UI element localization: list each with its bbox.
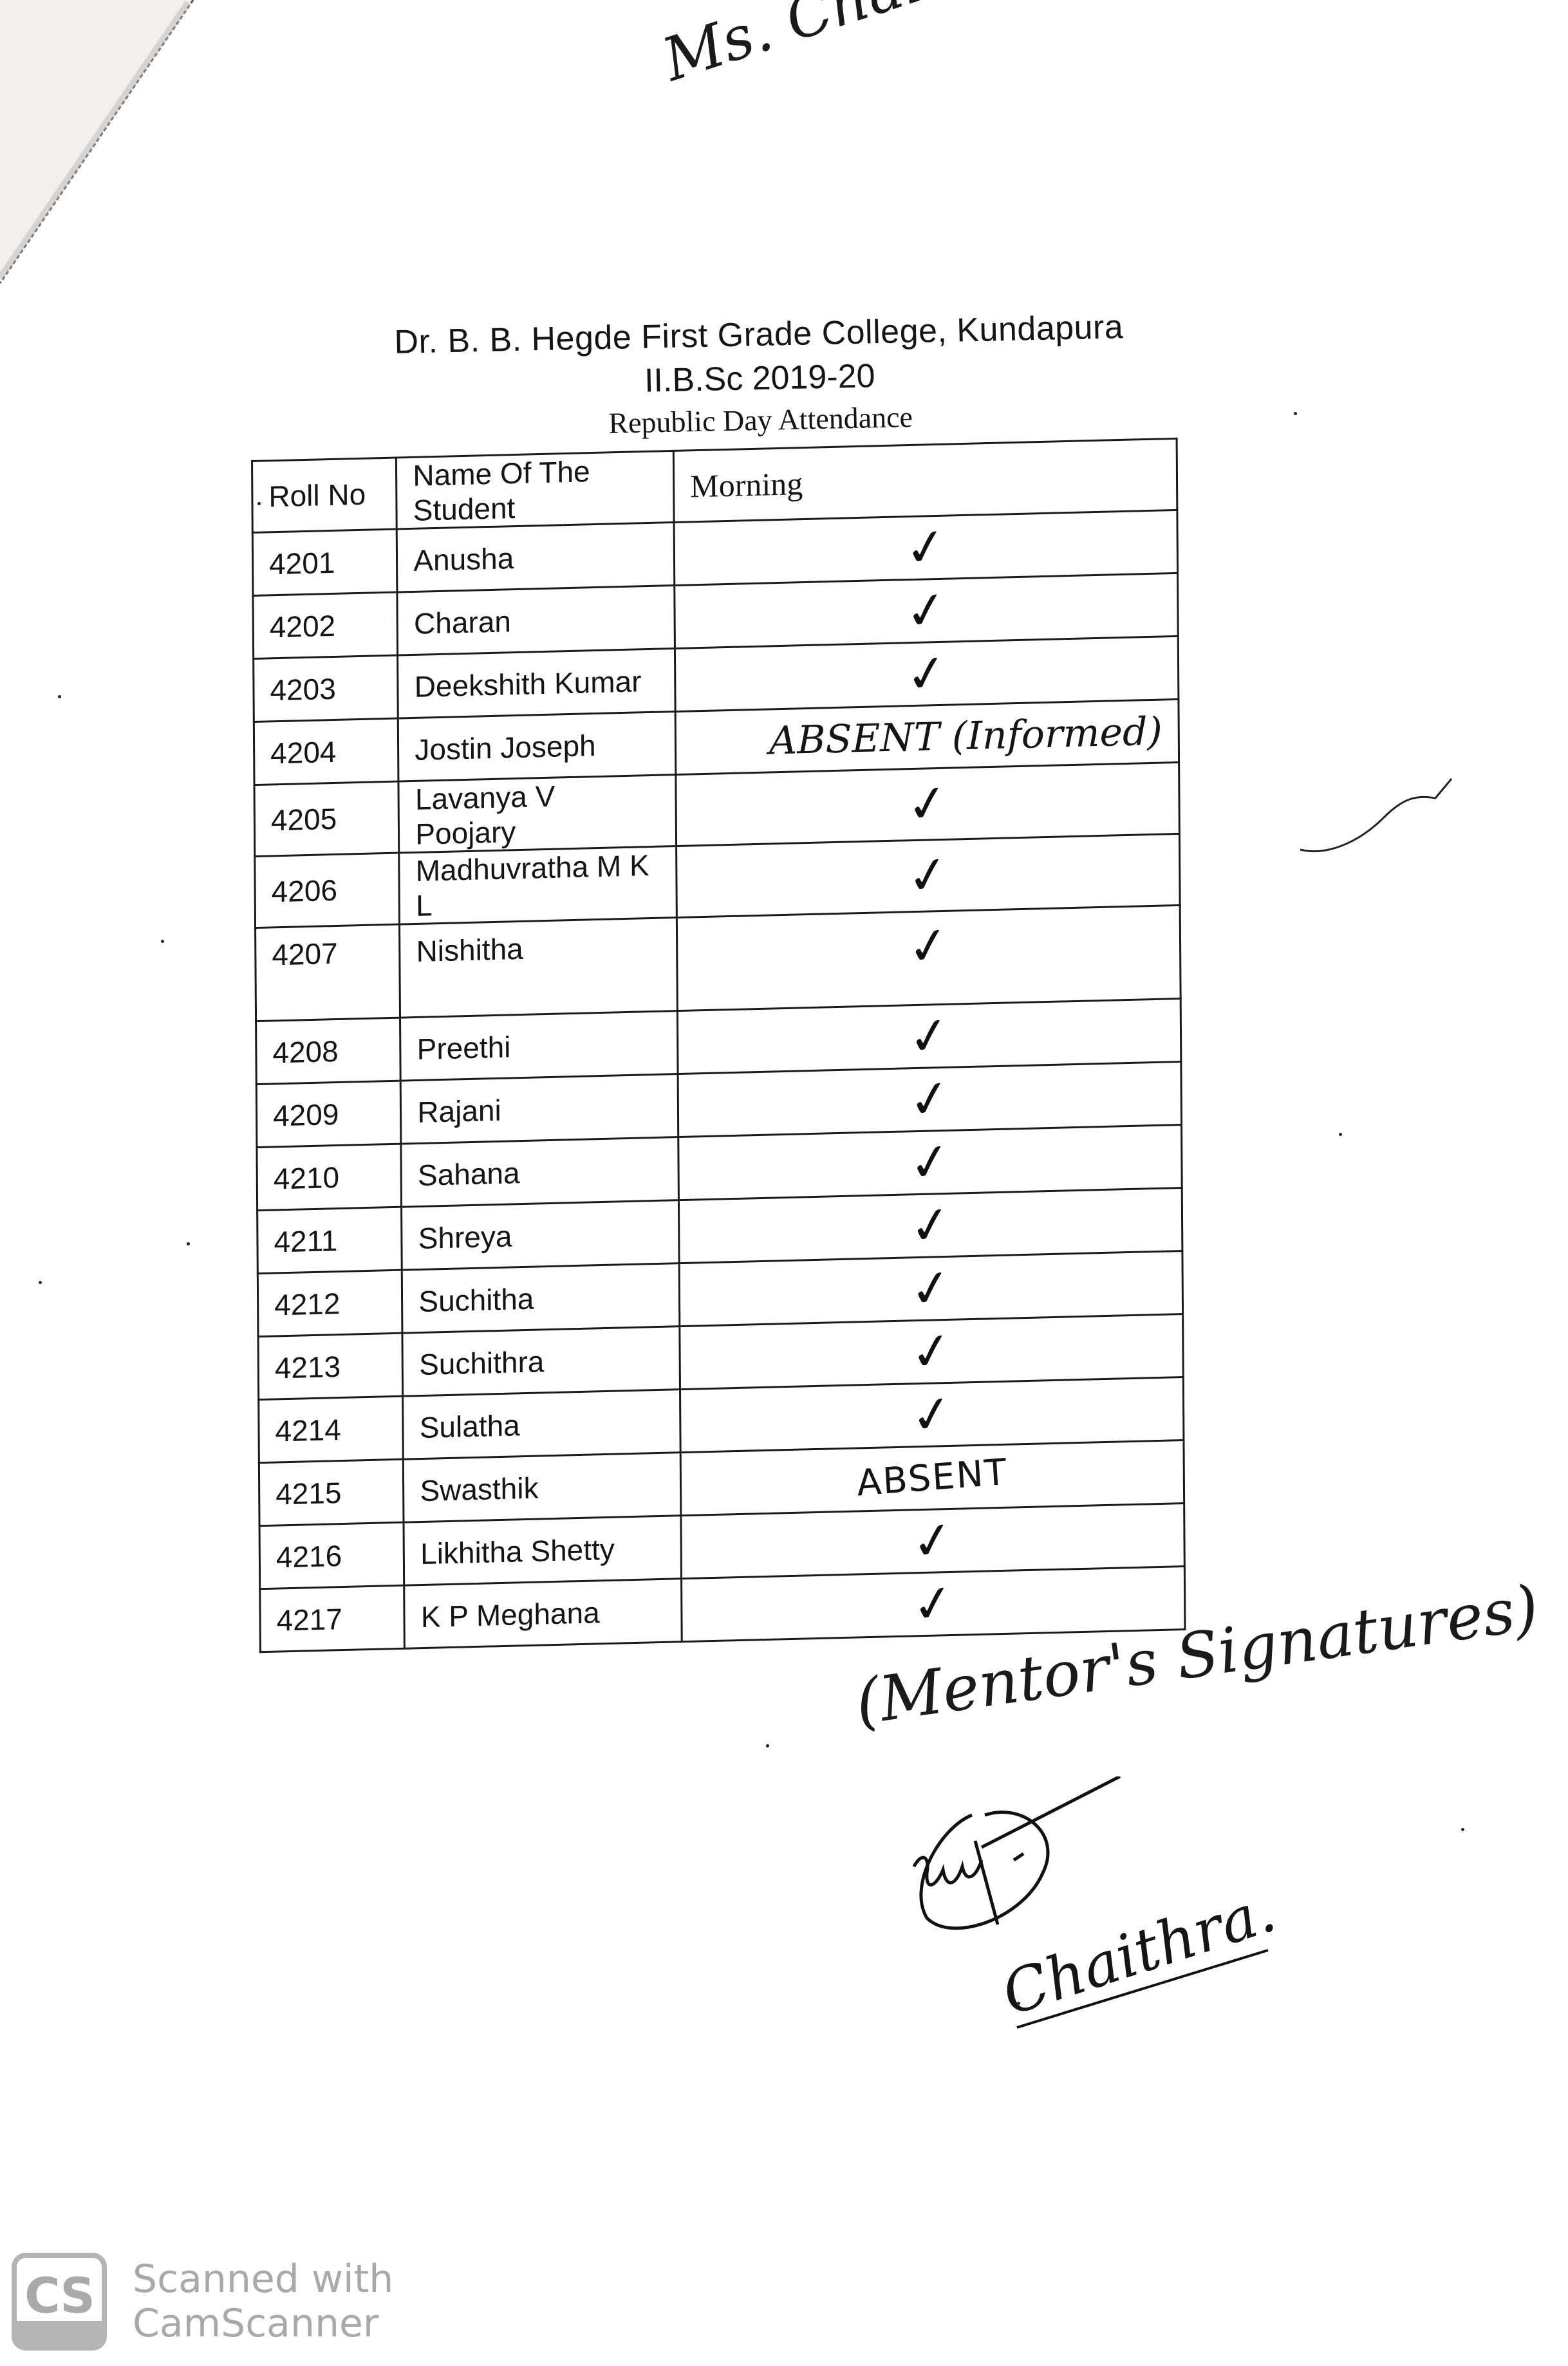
checkmark-icon: ✓: [904, 848, 953, 904]
morning-attendance-cell: ✓: [680, 1377, 1184, 1453]
morning-attendance-cell: ✓: [675, 636, 1179, 711]
morning-attendance-cell: ✓: [677, 834, 1180, 917]
checkmark-icon: ✓: [906, 1260, 955, 1317]
logo-text: CS: [24, 2267, 94, 2324]
morning-attendance-cell: ✓: [679, 1188, 1182, 1263]
roll-no-cell: 4213: [258, 1333, 403, 1399]
scan-speck: [1294, 412, 1297, 415]
student-name-cell: Preethi: [400, 1011, 678, 1081]
morning-attendance-cell: ✓: [679, 1251, 1182, 1327]
morning-attendance-cell: ✓: [681, 1504, 1184, 1579]
logo-bar: [17, 2321, 102, 2345]
checkmark-icon: ✓: [905, 1071, 954, 1128]
watermark-line-1: Scanned with: [133, 2257, 393, 2302]
checkmark-icon: ✓: [909, 1576, 958, 1632]
student-name-cell: Rajani: [401, 1074, 678, 1144]
checkmark-icon: ✓: [902, 646, 951, 702]
camscanner-watermark: CS Scanned with CamScanner: [12, 2253, 393, 2351]
morning-attendance-cell: ✓: [678, 1124, 1182, 1200]
roll-no-cell: 4205: [254, 781, 399, 856]
scan-speck: [766, 1744, 769, 1747]
roll-no-cell: 4207: [256, 924, 400, 1021]
student-name-cell: Madhuvratha M K L: [399, 846, 677, 925]
scan-speck: [161, 940, 164, 943]
student-name-cell: Jostin Joseph: [398, 712, 676, 782]
student-name-cell: Shreya: [402, 1200, 679, 1271]
roll-no-cell: 4214: [259, 1396, 404, 1462]
roll-no-cell: 4217: [260, 1585, 405, 1652]
student-name-cell: Sulatha: [403, 1390, 680, 1460]
morning-attendance-cell: ✓: [680, 1314, 1183, 1390]
attendance-table: Roll No Name Of The Student Morning 4201…: [251, 438, 1186, 1653]
roll-no-cell: 4201: [252, 529, 397, 595]
student-name-cell: Lavanya V Poojary: [398, 775, 676, 853]
roll-no-cell: 4215: [259, 1459, 404, 1525]
absent-mark: ABSENT: [855, 1451, 1009, 1505]
student-name-cell: Suchitha: [402, 1263, 680, 1334]
roll-no-cell: 4209: [256, 1081, 401, 1147]
scan-speck: [1461, 1828, 1464, 1831]
student-name-cell: Swasthik: [404, 1453, 681, 1523]
student-name-cell: Anusha: [397, 522, 675, 592]
scan-speck: [187, 1242, 190, 1245]
morning-attendance-cell: ✓: [678, 1061, 1181, 1137]
morning-attendance-cell: ✓: [677, 998, 1181, 1074]
checkmark-icon: ✓: [901, 519, 950, 576]
student-name-cell: Sahana: [401, 1137, 678, 1207]
absent-mark: ABSENT (Informed): [769, 709, 1162, 763]
student-name-cell: Nishitha: [400, 918, 678, 1018]
checkmark-icon: ✓: [906, 1134, 955, 1191]
scan-speck: [39, 1281, 42, 1284]
morning-attendance-cell: ABSENT (Informed): [675, 699, 1179, 774]
roll-no-cell: 4202: [253, 592, 398, 658]
column-header-student-name: Name Of The Student: [397, 451, 674, 529]
morning-attendance-cell: ABSENT: [680, 1440, 1184, 1516]
scan-speck: [58, 695, 61, 698]
checkmark-icon: ✓: [908, 1513, 957, 1569]
checkmark-icon: ✓: [907, 1323, 956, 1380]
checkmark-icon: ✓: [905, 1008, 954, 1065]
scan-speck: [1017, 2002, 1020, 2005]
morning-attendance-cell: ✓: [674, 510, 1177, 585]
roll-no-cell: 4210: [257, 1144, 402, 1210]
signature-2-underline: [1011, 1944, 1281, 2034]
scan-speck: [1339, 1133, 1342, 1136]
student-name-cell: Suchithra: [402, 1327, 680, 1397]
student-name-cell: K P Meghana: [404, 1579, 682, 1649]
pen-squiggle: [1287, 772, 1455, 862]
student-name-cell: Likhitha Shetty: [404, 1516, 681, 1586]
roll-no-cell: 4211: [257, 1207, 402, 1273]
camscanner-logo-icon: CS: [12, 2253, 107, 2351]
checkmark-icon: ✓: [904, 918, 953, 975]
signature-2: Chaithra.: [998, 1918, 1280, 1987]
morning-attendance-cell: ✓: [676, 762, 1179, 846]
roll-no-cell: 4206: [255, 853, 400, 927]
roll-no-cell: 4204: [254, 718, 398, 785]
column-header-morning: Morning: [673, 438, 1177, 522]
handwritten-name-top: Ms. Chaithra: [655, 0, 1049, 95]
document-header: Dr. B. B. Hegde First Grade College, Kun…: [359, 294, 1160, 445]
scan-speck: [257, 502, 261, 505]
checkmark-icon: ✓: [906, 1197, 955, 1254]
attendance-table-container: Roll No Name Of The Student Morning 4201…: [251, 438, 1186, 1653]
student-name-cell: Charan: [397, 585, 675, 655]
watermark-text: Scanned with CamScanner: [133, 2257, 393, 2346]
roll-no-cell: 4216: [259, 1522, 404, 1588]
checkmark-icon: ✓: [902, 582, 951, 639]
student-name-cell: Deekshith Kumar: [398, 648, 675, 718]
watermark-line-2: CamScanner: [133, 2302, 393, 2346]
morning-attendance-cell: ✓: [675, 573, 1178, 648]
column-header-roll-no: Roll No: [252, 458, 397, 532]
checkmark-icon: ✓: [908, 1386, 957, 1443]
checkmark-icon: ✓: [903, 776, 952, 833]
roll-no-cell: 4208: [256, 1018, 401, 1084]
morning-attendance-cell: ✓: [677, 905, 1181, 1011]
roll-no-cell: 4212: [257, 1270, 402, 1336]
roll-no-cell: 4203: [254, 655, 398, 722]
